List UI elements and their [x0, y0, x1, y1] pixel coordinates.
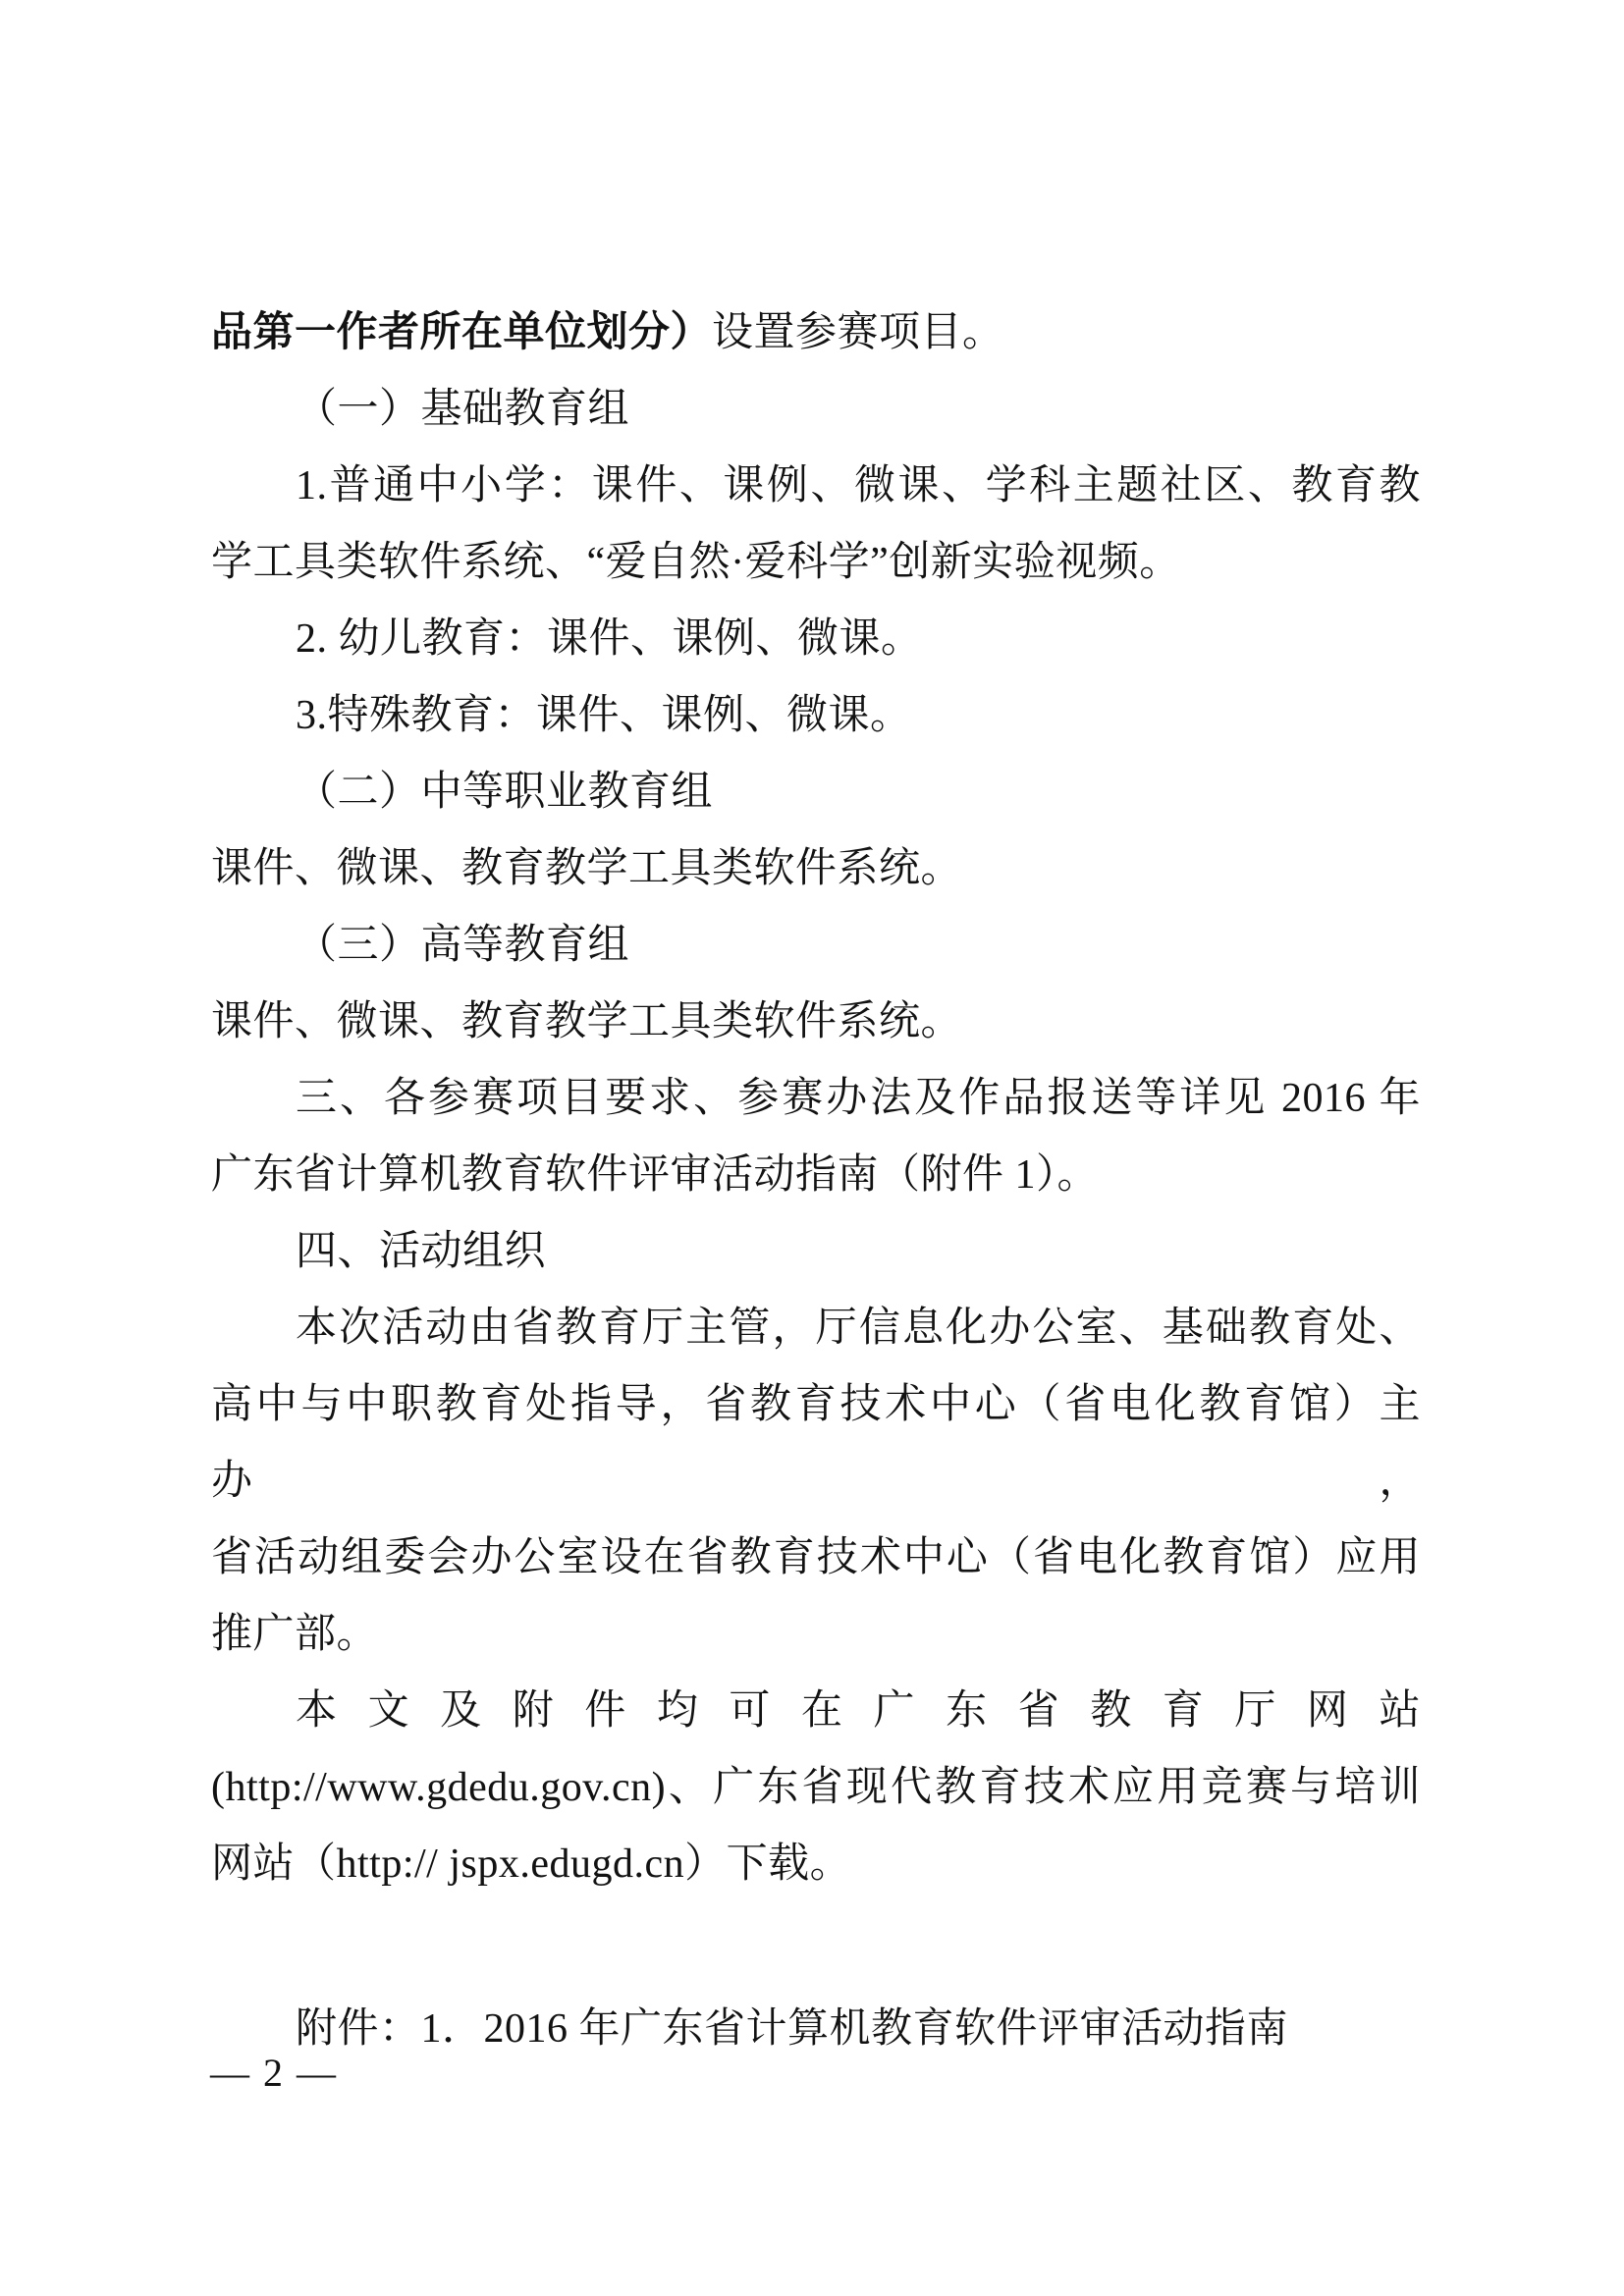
- heading-vocational-education-group: （二）中等职业教育组: [211, 754, 1421, 830]
- item-special-education: 3.特殊教育：课件、课例、微课。: [211, 677, 1421, 754]
- item-preschool-education: 2. 幼儿教育：课件、课例、微课。: [211, 601, 1421, 677]
- document-body: 品第一作者所在单位划分）设置参赛项目。 （一）基础教育组 1.普通中小学：课件、…: [211, 294, 1421, 2067]
- intro-regular-segment: 设置参赛项目。: [712, 310, 1004, 355]
- intro-continuation-line: 品第一作者所在单位划分）设置参赛项目。: [211, 294, 1421, 371]
- attachment-list-line: 附件：1．2016 年广东省计算机教育软件评审活动指南: [211, 1991, 1421, 2067]
- download-paragraph-line-1: 本文及附件均可在广东省教育厅网站: [211, 1673, 1421, 1749]
- download-paragraph-line-3-jspx-url: 网站（http:// jspx.edugd.cn）下载。: [211, 1826, 1421, 1902]
- intro-bold-segment: 品第一作者所在单位划分）: [211, 310, 712, 355]
- organization-paragraph-line-2: 高中与中职教育处指导，省教育技术中心（省电化教育馆）主办，: [211, 1366, 1421, 1520]
- download-paragraph-line-2-gdedu-url: (http://www.gdedu.gov.cn)、广东省现代教育技术应用竞赛与…: [211, 1749, 1421, 1826]
- item-primary-secondary-continuation: 学工具类软件系统、“爱自然·爱科学”创新实验视频。: [211, 524, 1421, 601]
- higher-education-group-items: 课件、微课、教育教学工具类软件系统。: [211, 984, 1421, 1060]
- organization-paragraph-line-3: 省活动组委会办公室设在省教育技术中心（省电化教育馆）应用: [211, 1520, 1421, 1596]
- organization-paragraph-line-1: 本次活动由省教育厅主管，厅信息化办公室、基础教育处、: [211, 1290, 1421, 1366]
- section-three-continuation: 广东省计算机教育软件评审活动指南（附件 1）。: [211, 1137, 1421, 1213]
- section-three-heading: 三、各参赛项目要求、参赛办法及作品报送等详见 2016 年: [211, 1060, 1421, 1137]
- heading-basic-education-group: （一）基础教育组: [211, 371, 1421, 448]
- item-primary-secondary-schools: 1.普通中小学：课件、课例、微课、学科主题社区、教育教: [211, 448, 1421, 524]
- organization-paragraph-line-4: 推广部。: [211, 1596, 1421, 1673]
- document-page: 品第一作者所在单位划分）设置参赛项目。 （一）基础教育组 1.普通中小学：课件、…: [0, 0, 1624, 2296]
- page-number: — 2 —: [210, 2050, 338, 2096]
- heading-higher-education-group: （三）高等教育组: [211, 907, 1421, 984]
- section-four-heading: 四、活动组织: [211, 1213, 1421, 1290]
- vocational-group-items: 课件、微课、教育教学工具类软件系统。: [211, 830, 1421, 907]
